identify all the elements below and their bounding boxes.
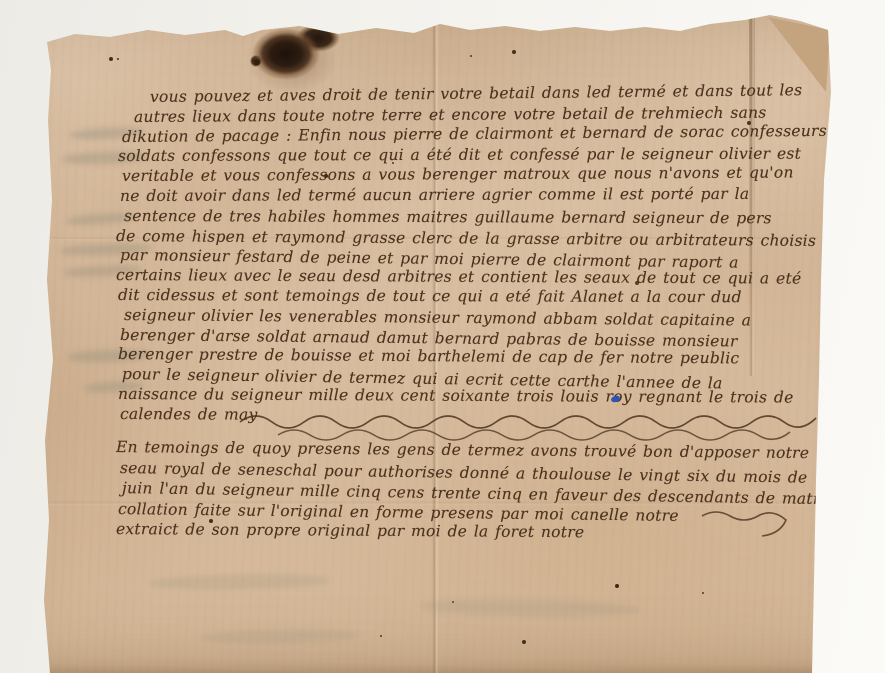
manuscript-paper: vous pouvez et aves droit de tenir votre… bbox=[0, 0, 885, 673]
text-line: calendes de may bbox=[120, 405, 820, 428]
manuscript-paragraph-main: vous pouvez et aves droit de tenir votre… bbox=[108, 88, 820, 425]
manuscript-paragraph-closing: En temoings de quoy presens les gens de … bbox=[108, 437, 820, 540]
text-line: sentence de tres habiles hommes maitres … bbox=[124, 207, 820, 229]
ink-specks bbox=[0, 0, 2, 2]
scanned-document-page: vous pouvez et aves droit de tenir votre… bbox=[0, 0, 885, 673]
text-line: veritable et vous confessons a vous bere… bbox=[122, 164, 820, 187]
text-line: dit cidessus et sont temoings de tout ce… bbox=[118, 286, 820, 308]
text-line: ne doit avoir dans led termé aucun arrie… bbox=[120, 185, 820, 207]
